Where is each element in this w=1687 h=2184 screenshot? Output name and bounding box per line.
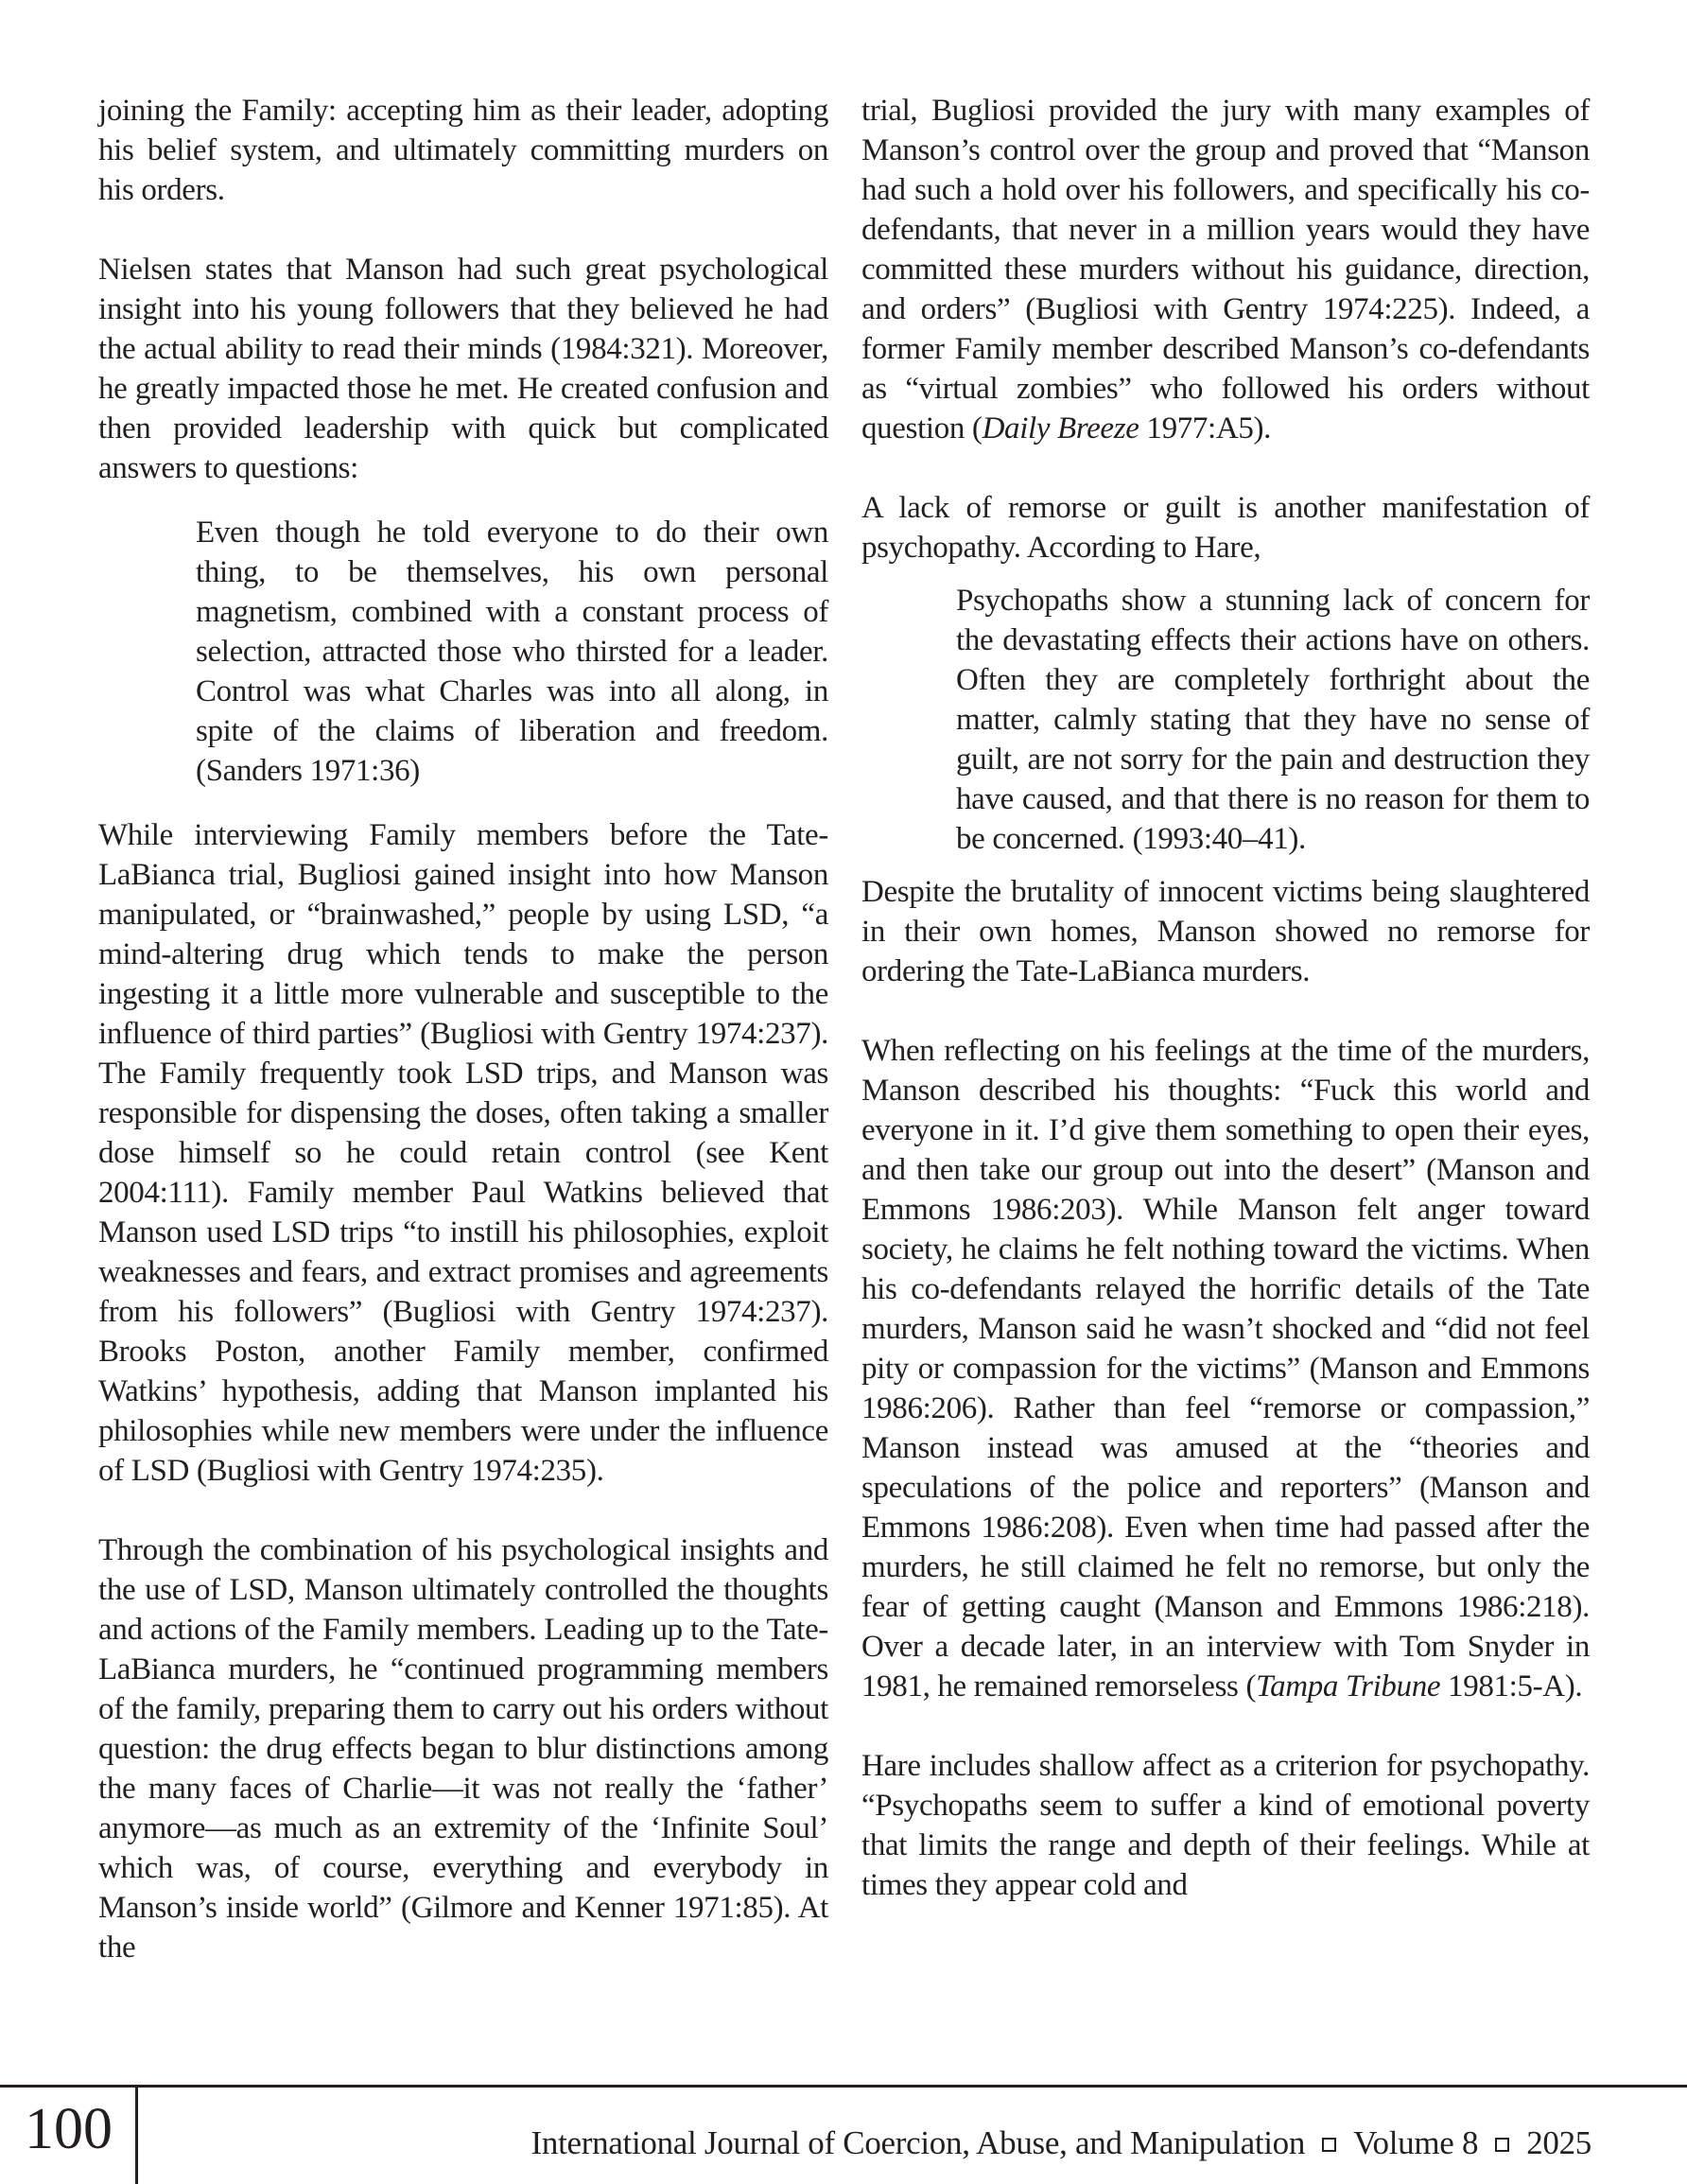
paragraph: Through the combination of his psycholog… [98, 1530, 828, 1967]
paragraph: A lack of remorse or guilt is another ma… [861, 488, 1590, 568]
year-label: 2025 [1526, 2124, 1591, 2161]
paragraph-text: When reflecting on his feelings at the t… [861, 1034, 1590, 1704]
italic-citation: Tampa Tribune [1256, 1669, 1440, 1704]
footer-rule [0, 2085, 1687, 2088]
paragraph: trial, Bugliosi provided the jury with m… [861, 91, 1590, 448]
volume-label: Volume 8 [1353, 2124, 1478, 2161]
paragraph: While interviewing Family members before… [98, 815, 828, 1491]
square-separator-icon [1322, 2138, 1336, 2152]
paragraph: When reflecting on his feelings at the t… [861, 1031, 1590, 1706]
footer-divider [135, 2085, 138, 2184]
square-separator-icon [1495, 2138, 1509, 2152]
paragraph: Despite the brutality of innocent victim… [861, 872, 1590, 991]
paragraph: joining the Family: accepting him as the… [98, 91, 828, 210]
paragraph-text: trial, Bugliosi provided the jury with m… [861, 94, 1590, 446]
paragraph: Nielsen states that Manson had such grea… [98, 250, 828, 488]
paragraph-text: 1977:A5). [1139, 411, 1272, 446]
journal-title: International Journal of Coercion, Abuse… [531, 2124, 1306, 2161]
italic-citation: Daily Breeze [983, 411, 1139, 446]
paragraph-text: 1981:5-A). [1440, 1669, 1582, 1704]
paragraph: Hare includes shallow affect as a criter… [861, 1746, 1590, 1905]
block-quote: Even though he told everyone to do their… [196, 513, 828, 791]
left-column: joining the Family: accepting him as the… [98, 91, 828, 1967]
right-column: trial, Bugliosi provided the jury with m… [861, 91, 1590, 1905]
running-footer: International Journal of Coercion, Abuse… [531, 2123, 1591, 2164]
page-number: 100 [25, 2096, 113, 2162]
block-quote: Psychopaths show a stunning lack of conc… [956, 581, 1590, 859]
